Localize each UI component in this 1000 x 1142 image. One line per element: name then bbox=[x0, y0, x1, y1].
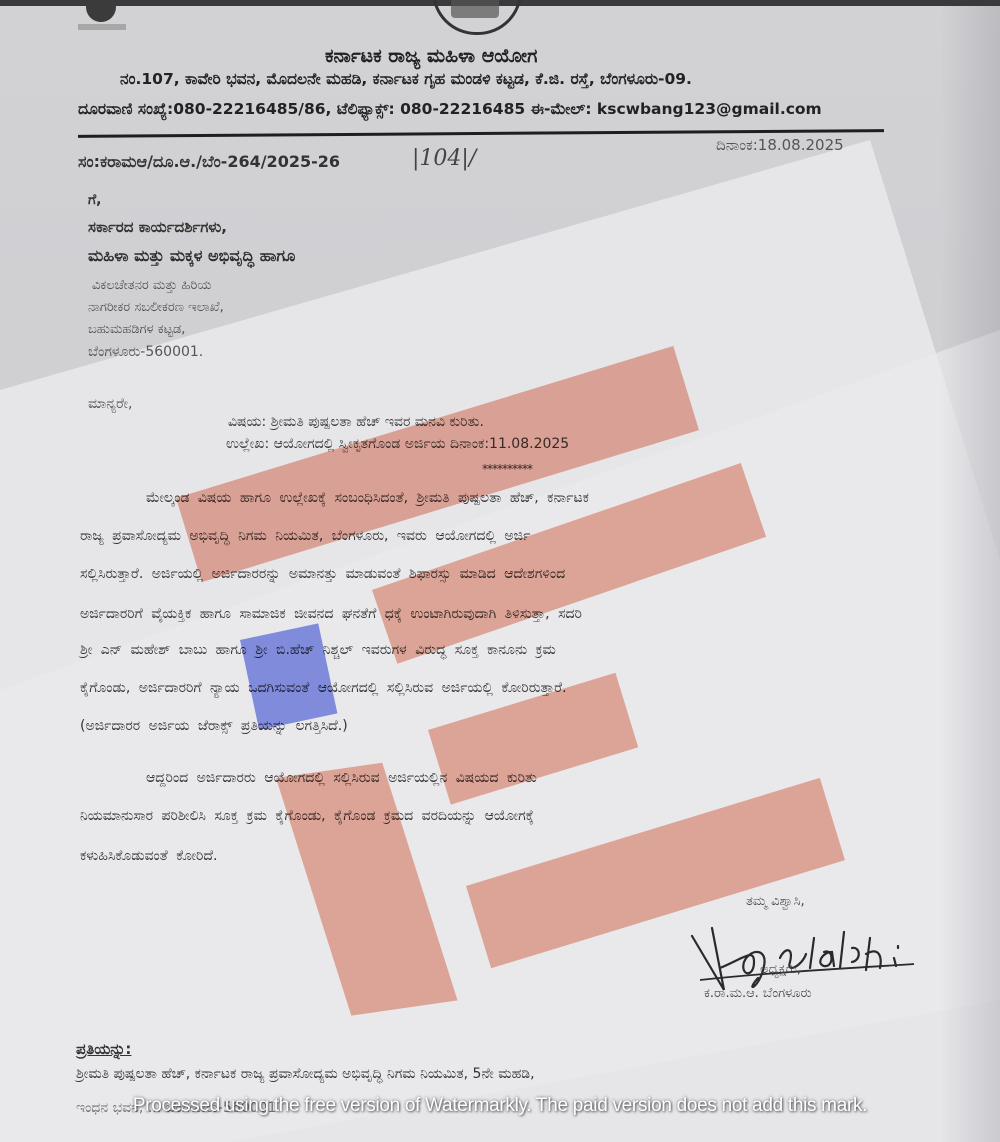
recipient-line: ಬಹುಮಹಡಿಗಳ ಕಟ್ಟಡ, bbox=[88, 322, 185, 337]
recipient-line: ನಾಗರೀಕರ ಸಬಲೀಕರಣ ಇಲಾಖೆ, bbox=[88, 300, 224, 315]
signatory-title: ಅಧ್ಯಕ್ಷರು, bbox=[760, 962, 801, 977]
copy-to-line: ಶ್ರೀಮತಿ ಪುಷ್ಪಲತಾ ಹೆಚ್, ಕರ್ನಾಟಕ ರಾಜ್ಯ ಪ್ರ… bbox=[76, 1066, 535, 1082]
govt-logo-icon bbox=[78, 0, 126, 34]
body-line: (ಅರ್ಜಿದಾರರ ಅರ್ಜಿಯ ಜೆರಾಕ್ಸ್ ಪ್ರತಿಯನ್ನು ಲಗ… bbox=[80, 718, 348, 734]
recipient-line: ಬೆಂಗಳೂರು-560001. bbox=[88, 344, 203, 360]
organization-contact: ದೂರವಾಣಿ ಸಂಖ್ಯೆ:080-22216485/86, ಟೆಲಿಫ್ಯಾ… bbox=[78, 100, 822, 119]
body-line: ಕಳುಹಿಸಿಕೊಡುವಂತೆ ಕೋರಿದೆ. bbox=[80, 848, 217, 864]
letter-date: ದಿನಾಂಕ:18.08.2025 bbox=[716, 136, 844, 154]
organization-address: ನಂ.107, ಕಾವೇರಿ ಭವನ, ಮೊದಲನೇ ಮಹಡಿ, ಕರ್ನಾಟಕ… bbox=[120, 70, 692, 89]
salutation: ಮಾನ್ಯರೇ, bbox=[88, 396, 132, 412]
recipient-line: ಮಹಿಳಾ ಮತ್ತು ಮಕ್ಕಳ ಅಭಿವೃದ್ಧಿ ಹಾಗೂ bbox=[88, 246, 295, 266]
watermark-banner: Processed using the free version of Wate… bbox=[0, 1095, 1000, 1117]
signatory-office: ಕ.ರಾ.ಮ.ಆ. ಬೆಂಗಳೂರು bbox=[704, 986, 811, 1001]
reference-number: ಸಂ:ಕರಾಮಆ/ದೂ.ಆ./ಬೆಂ-264/2025-26 bbox=[78, 152, 340, 172]
handwritten-number: |104|/ bbox=[412, 146, 476, 171]
valediction: ತಮ್ಮ ವಿಶ್ವಾಸಿ, bbox=[746, 894, 805, 909]
copy-to-label: ಪ್ರತಿಯನ್ನು: bbox=[76, 1040, 131, 1058]
recipient-line: ವಿಕಲಚೇತನರ ಮತ್ತು ಹಿರಿಯ bbox=[92, 278, 211, 293]
organization-name: ಕರ್ನಾಟಕ ರಾಜ್ಯ ಮಹಿಳಾ ಆಯೋಗ bbox=[325, 45, 537, 67]
recipient-line: ಸರ್ಕಾರದ ಕಾರ್ಯದರ್ಶಿಗಳು, bbox=[88, 218, 227, 236]
recipient-to: ಗೆ, bbox=[88, 192, 101, 208]
